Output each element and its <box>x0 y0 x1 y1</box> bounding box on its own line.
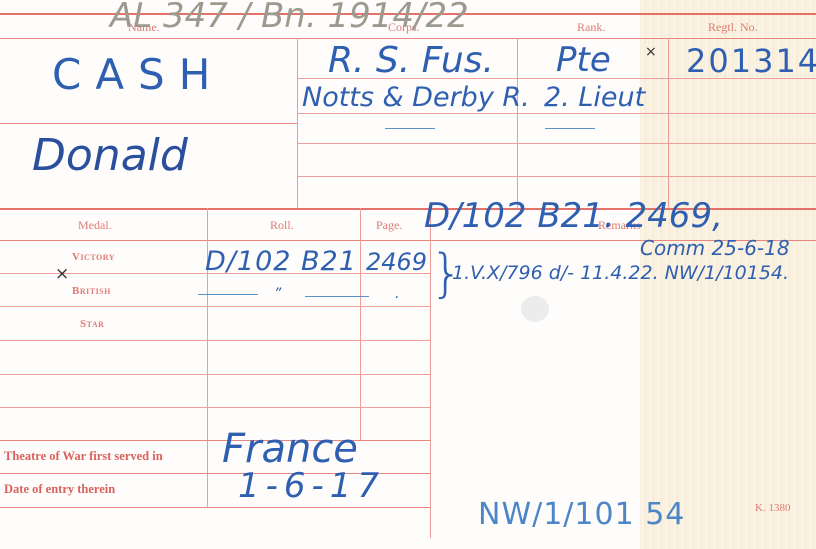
corps-rank-divider <box>517 38 518 208</box>
medal-header: Medal. <box>78 218 112 233</box>
rank-underline <box>545 128 595 129</box>
corps-line-2: Notts & Derby R. <box>302 82 530 113</box>
top-inner-rule-3 <box>297 143 816 144</box>
name-split-rule <box>0 123 297 124</box>
regt-number: 201314 <box>686 42 816 80</box>
corps-underline <box>385 128 435 129</box>
form-number: K. 1380 <box>755 502 790 514</box>
bottom-reference: NW/1/101 54 <box>478 497 685 532</box>
medal-victory: Victory <box>72 251 115 263</box>
corps-line-1: R. S. Fus. <box>328 40 494 81</box>
rank-line-2: 2. Lieut <box>544 82 645 113</box>
rank-cross-mark: × <box>645 44 657 60</box>
rank-header: Rank. <box>577 20 605 35</box>
medal-row-rule-5 <box>0 407 430 408</box>
medal-row-rule-3 <box>0 340 430 341</box>
forename: Donald <box>32 130 188 181</box>
british-roll-dash-2 <box>305 296 369 297</box>
page-header: Page. <box>376 218 402 233</box>
roll-page-divider <box>360 208 361 440</box>
british-cross-mark: × <box>55 264 69 284</box>
top-inner-rule-4 <box>297 176 816 177</box>
regt-no-header: Regtl. No. <box>708 20 758 35</box>
medal-index-card: Name. Corps. Rank. Regtl. No. AL 347 / B… <box>0 0 816 549</box>
theatre-label: Theatre of War first served in <box>4 449 163 464</box>
pencil-annotation: AL 347 / Bn. 1914/22 <box>110 0 469 36</box>
roll-header: Roll. <box>270 218 294 233</box>
medal-row-rule-4 <box>0 374 430 375</box>
medal-row-rule-2 <box>0 306 430 307</box>
ink-smudge <box>521 296 549 322</box>
victory-page: 2469 <box>366 248 427 276</box>
rank-line-1: Pte <box>556 40 611 80</box>
remarks-line-1: D/102 B21. 2469, <box>424 196 723 236</box>
victory-roll: D/102 B21 <box>205 246 357 277</box>
remarks-line-2: Comm 25-6-18 <box>640 236 790 260</box>
medal-star: Star <box>80 318 104 330</box>
surname: CASH <box>52 50 224 99</box>
top-inner-rule-2 <box>297 113 816 114</box>
british-roll-dash-1 <box>198 294 258 295</box>
british-roll-ditto: ” <box>274 286 281 302</box>
entry-date-value: 1-6-17 <box>238 466 385 506</box>
entry-date-label: Date of entry therein <box>4 482 115 497</box>
theatre-rule <box>0 440 430 441</box>
medal-british: British <box>72 285 111 297</box>
british-page-ditto: . <box>395 286 399 302</box>
bottom-table-rule <box>0 507 430 508</box>
remarks-line-3: 1.V.X/796 d/- 11.4.22. NW/1/10154. <box>452 262 789 284</box>
header-rule <box>0 38 816 39</box>
rank-regt-divider <box>668 38 669 208</box>
name-corps-divider <box>297 38 298 208</box>
